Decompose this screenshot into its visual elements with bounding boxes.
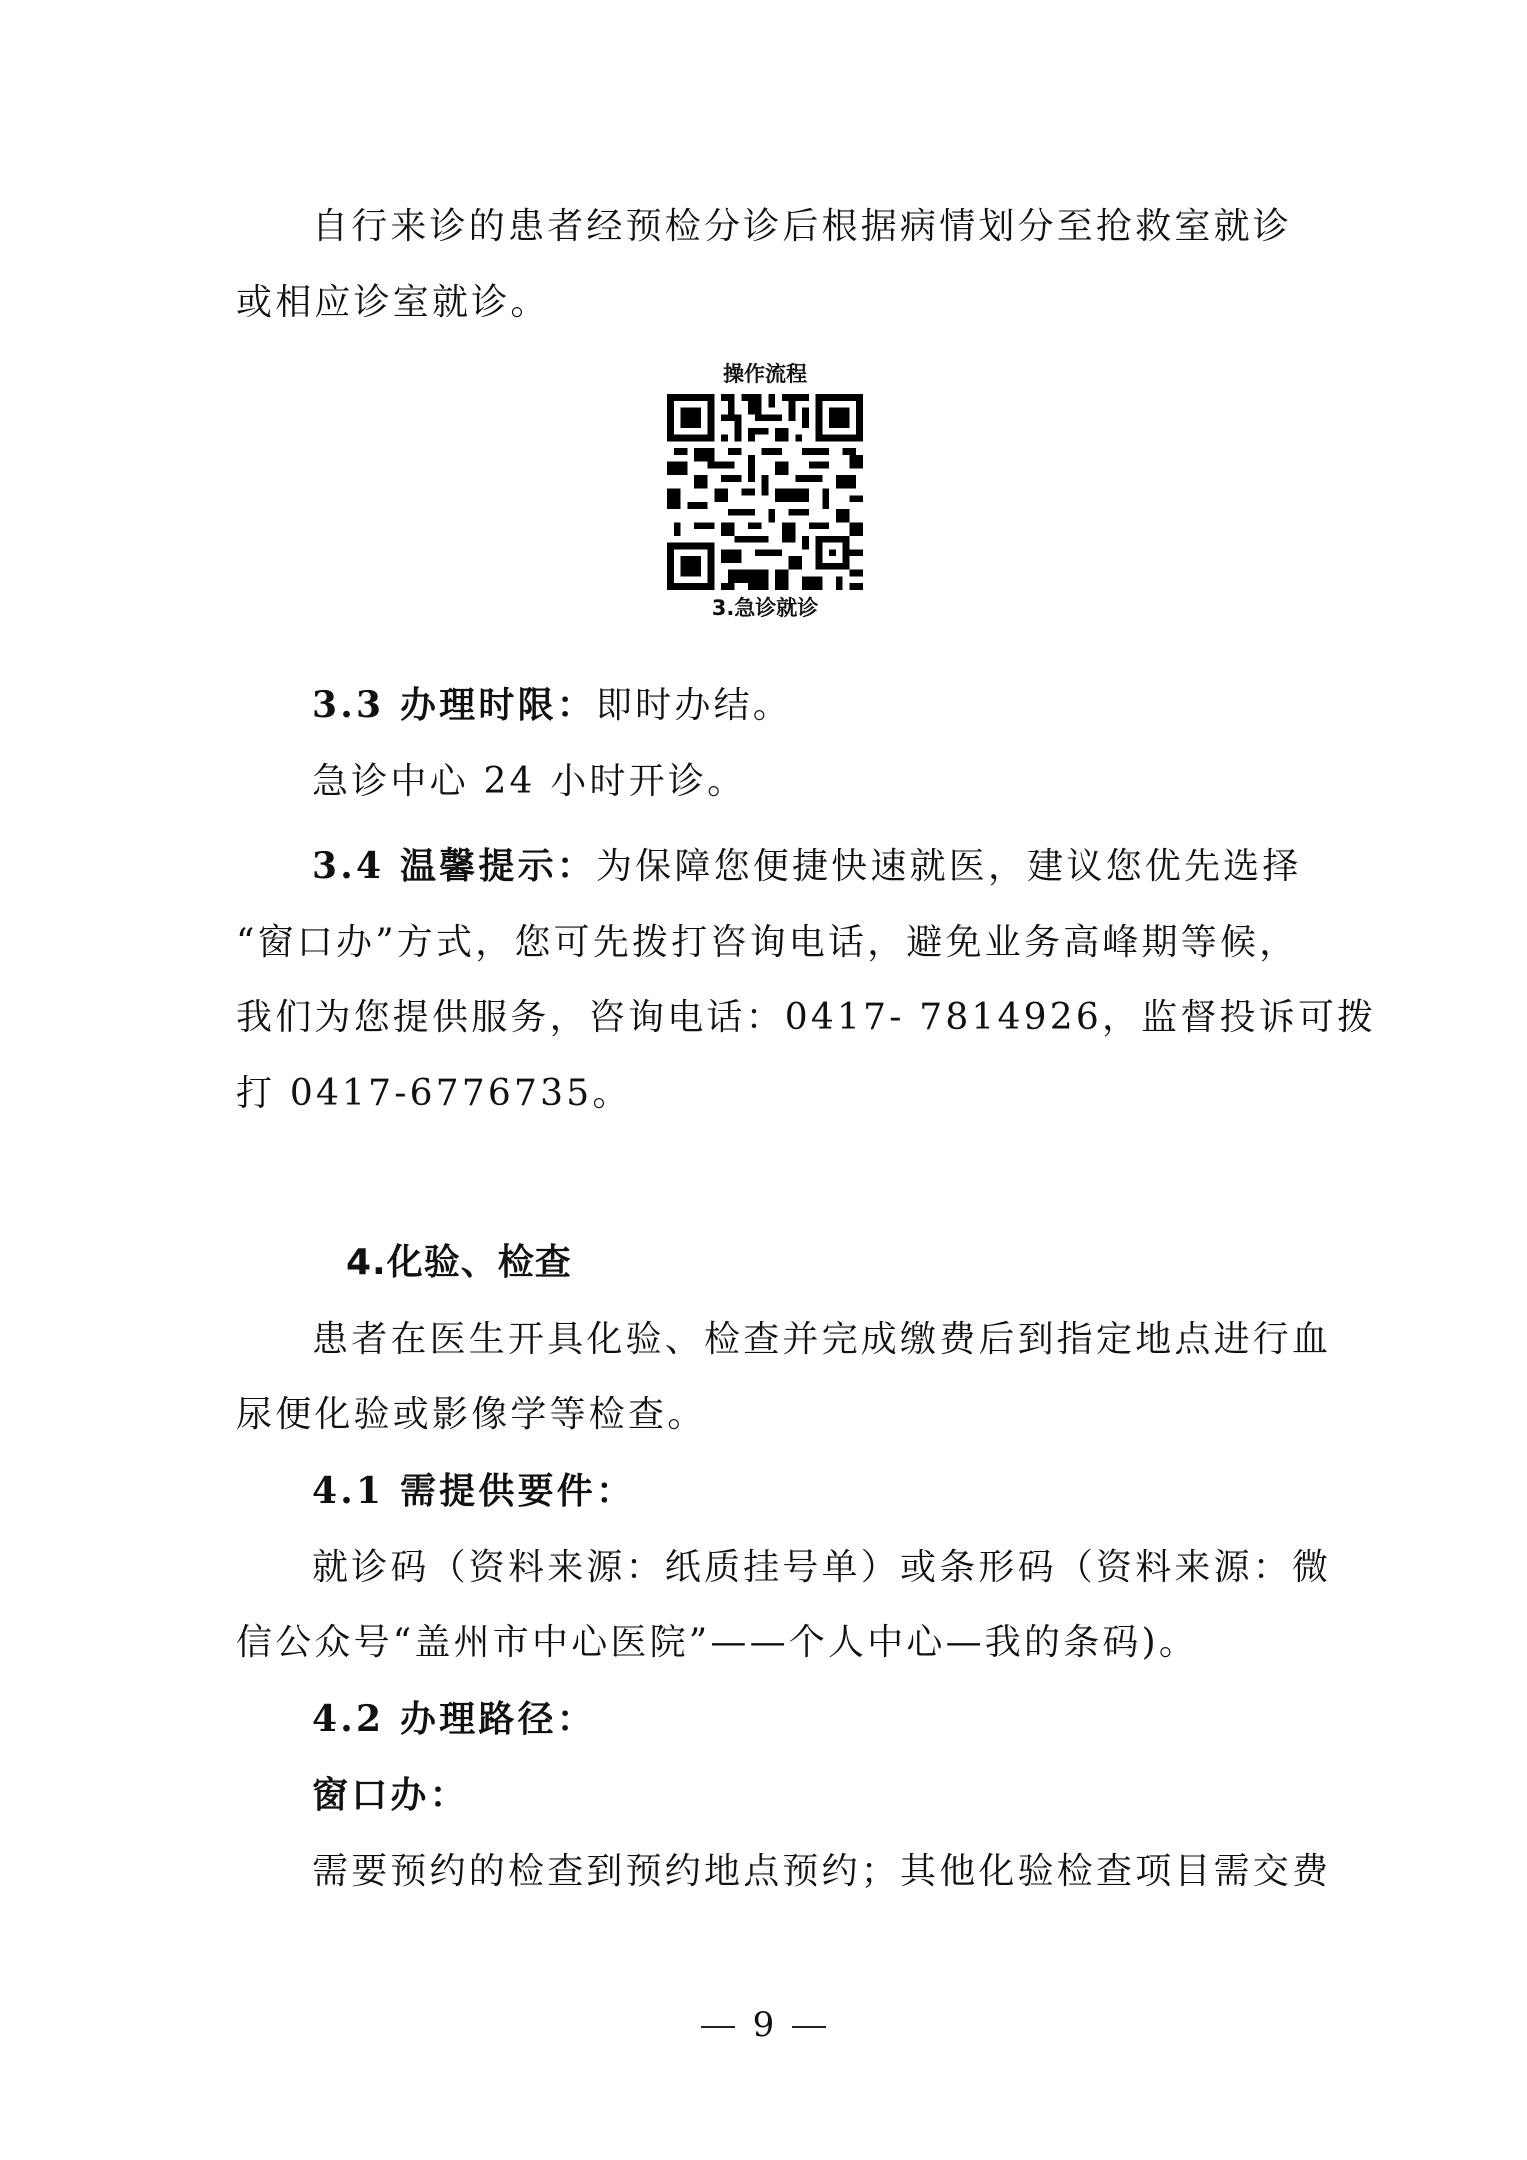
- dash-right: [792, 2026, 826, 2028]
- paragraph-line: 尿便化验或影像学等检查。: [236, 1393, 1296, 1437]
- page-number: 9: [0, 2003, 1527, 2047]
- qr-title: 操作流程: [660, 360, 870, 388]
- window-label: 窗口办：: [312, 1773, 1372, 1817]
- section-4-heading: 4.化验、检查: [346, 1241, 1406, 1285]
- section-3-4-label: 3.4 温馨提示：: [312, 845, 596, 887]
- paragraph-line: 自行来诊的患者经预检分诊后根据病情划分至抢救室就诊: [312, 205, 1372, 249]
- paragraph-line: 或相应诊室就诊。: [236, 281, 1296, 325]
- section-3-3-note: 急诊中心 24 小时开诊。: [312, 760, 1372, 804]
- paragraph-line: 信公众号“盖州市中心医院”——个人中心—我的条码)。: [236, 1621, 1296, 1665]
- section-4-2-label: 4.2 办理路径：: [312, 1697, 1372, 1741]
- paragraph-line: 需要预约的检查到预约地点预约；其他化验检查项目需交费: [312, 1850, 1372, 1894]
- paragraph-line: 打 0417-6776735。: [236, 1072, 1296, 1116]
- section-3-3-line: 3.3 办理时限：即时办结。: [312, 683, 1372, 728]
- qr-code-block: 操作流程: [660, 360, 870, 622]
- section-3-4-line: 3.4 温馨提示：为保障您便捷快速就医，建议您优先选择: [312, 844, 1372, 889]
- qr-code-icon: [667, 394, 863, 590]
- qr-caption: 3.急诊就诊: [660, 594, 870, 622]
- section-3-3-value: 即时办结。: [596, 685, 792, 726]
- dash-left: [701, 2026, 735, 2028]
- section-4-1-label: 4.1 需提供要件：: [312, 1469, 1372, 1513]
- page-number-value: 9: [753, 2005, 775, 2045]
- section-3-3-label: 3.3 办理时限：: [312, 684, 596, 726]
- section-3-4-text: 为保障您便捷快速就医，建议您优先选择: [596, 846, 1302, 887]
- paragraph-line: 就诊码（资料来源：纸质挂号单）或条形码（资料来源：微: [312, 1546, 1372, 1590]
- paragraph-line: 患者在医生开具化验、检查并完成缴费后到指定地点进行血: [312, 1318, 1372, 1362]
- paragraph-line: 我们为您提供服务，咨询电话：0417- 7814926，监督投诉可拨: [236, 996, 1296, 1040]
- paragraph-line: “窗口办”方式，您可先拨打咨询电话，避免业务高峰期等候，: [236, 921, 1296, 965]
